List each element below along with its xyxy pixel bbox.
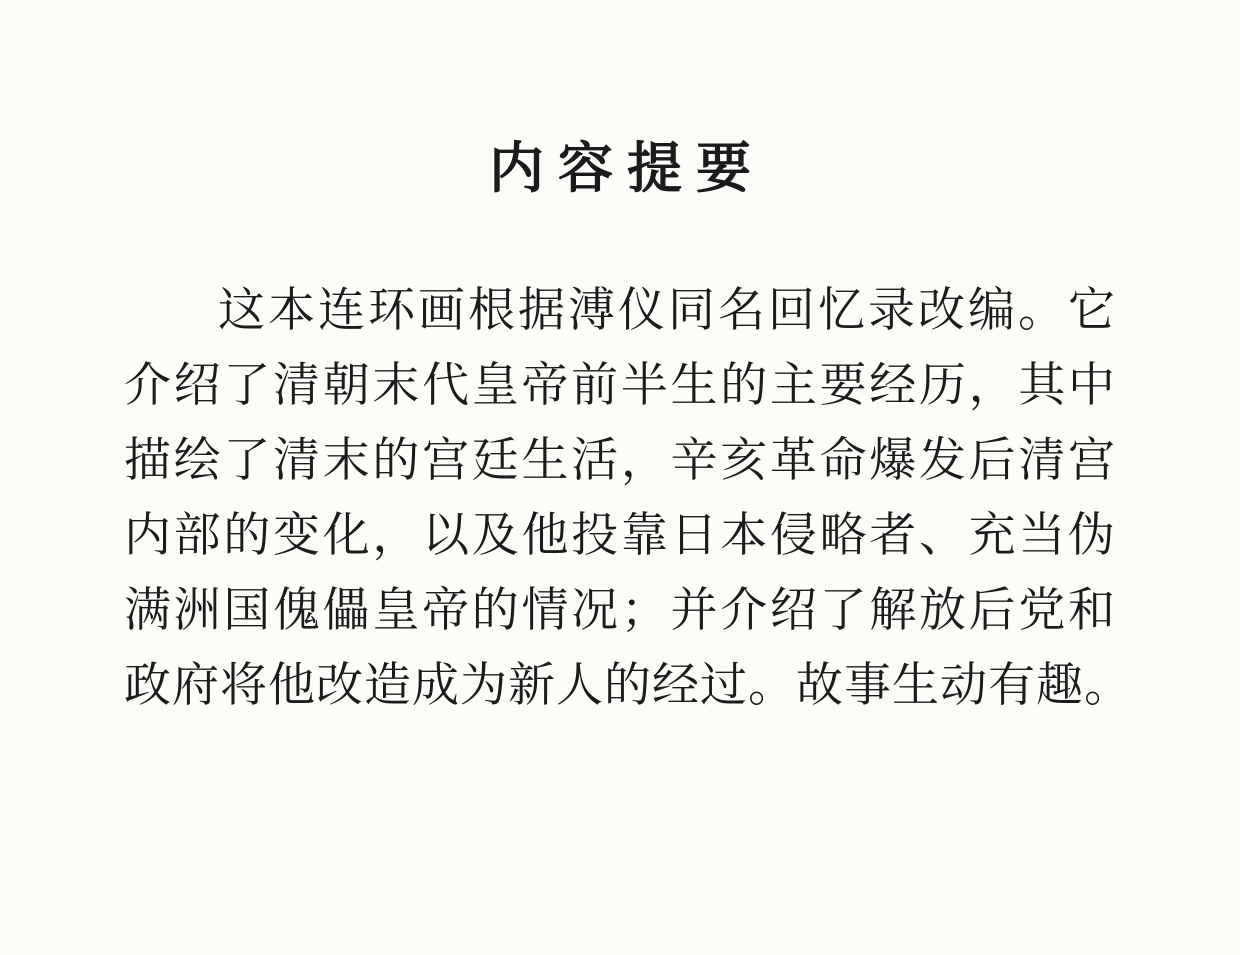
paragraph-line-1: 这本连环画根据溥仪同名回忆录改编。它	[124, 273, 1116, 348]
paragraph-line-4: 内部的变化，以及他投靠日本侵略者、充当伪	[124, 498, 1116, 573]
paragraph-line-2: 介绍了清朝末代皇帝前半生的主要经历，其中	[124, 348, 1116, 423]
book-page: 内容提要 这本连环画根据溥仪同名回忆录改编。它 介绍了清朝末代皇帝前半生的主要经…	[0, 0, 1240, 955]
page-title: 内容提要	[0, 0, 1240, 203]
paragraph-line-6: 政府将他改造成为新人的经过。故事生动有趣。	[124, 648, 1116, 723]
paragraph-line-5: 满洲国傀儡皇帝的情况；并介绍了解放后党和	[124, 573, 1116, 648]
paragraph-line-3: 描绘了清末的宫廷生活，辛亥革命爆发后清宫	[124, 423, 1116, 498]
summary-paragraph: 这本连环画根据溥仪同名回忆录改编。它 介绍了清朝末代皇帝前半生的主要经历，其中 …	[124, 273, 1116, 723]
